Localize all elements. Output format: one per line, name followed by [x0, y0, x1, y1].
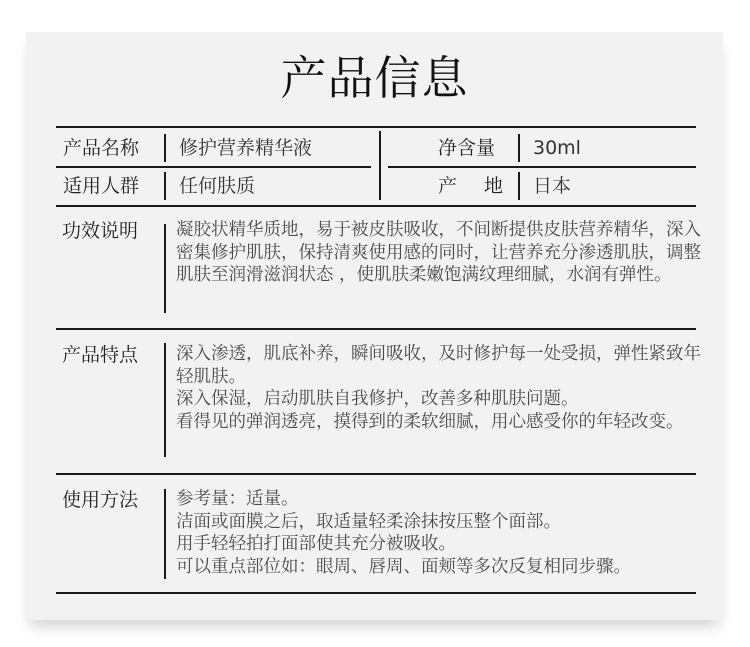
right-cell-divider-2: [518, 172, 520, 200]
spec-label-skin-type: 适用人群: [63, 174, 139, 198]
page-title: 产品信息: [26, 50, 723, 106]
left-cell-divider-1: [164, 134, 166, 162]
section-body-efficacy: 凝胶状精华质地，易于被皮肤吸收，不间断提供皮肤营养精华，深入密集修护肌肤，保持清…: [176, 219, 706, 287]
table-bottom-rule: [56, 205, 696, 207]
features-line-3: 看得见的弹润透亮，摸得到的柔软细腻，用心感受你的年轻改变。: [176, 411, 706, 434]
spec-label-product-name: 产品名称: [63, 136, 139, 160]
section-rule-2: [56, 473, 696, 475]
section-body-features: 深入渗透，肌底补养，瞬间吸收，及时修护每一处受损，弹性紧致年轻肌肤。 深入保湿，…: [176, 343, 706, 433]
table-row-rule-left: [56, 166, 371, 168]
spec-value-origin: 日本: [533, 174, 571, 198]
spec-value-net-content: 30ml: [533, 136, 581, 160]
section-rule-1: [56, 328, 696, 330]
section-divider-efficacy: [164, 224, 166, 313]
section-label-efficacy: 功效说明: [62, 219, 138, 243]
section-body-usage: 参考量：适量。 洁面或面膜之后，取适量轻柔涂抹按压整个面部。 用手轻轻拍打面部使…: [176, 488, 721, 578]
left-cell-divider-2: [164, 172, 166, 200]
spec-label-origin-char-2: 地: [484, 174, 503, 198]
spec-value-product-name: 修护营养精华液: [179, 136, 312, 160]
section-divider-usage: [164, 489, 166, 579]
section-rule-3: [56, 592, 696, 594]
usage-line-4: 可以重点部位如：眼周、唇周、面颊等多次反复相同步骤。: [176, 556, 721, 579]
spec-label-net-content: 净含量: [438, 136, 495, 160]
table-row-rule-right: [388, 166, 696, 168]
spec-label-origin-char-1: 产: [438, 174, 457, 198]
features-line-1: 深入渗透，肌底补养，瞬间吸收，及时修护每一处受损，弹性紧致年轻肌肤。: [176, 343, 706, 388]
section-divider-features: [164, 343, 166, 457]
efficacy-text: 凝胶状精华质地，易于被皮肤吸收，不间断提供皮肤营养精华，深入密集修护肌肤，保持清…: [176, 219, 706, 287]
features-line-2: 深入保湿，启动肌肤自我修护，改善多种肌肤问题。: [176, 388, 706, 411]
section-label-features: 产品特点: [62, 343, 138, 367]
right-cell-divider-1: [518, 134, 520, 162]
table-top-rule: [56, 126, 696, 128]
usage-line-1: 参考量：适量。: [176, 488, 721, 511]
product-info-panel: 产品信息 产品名称 修护营养精华液 适用人群 任何肤质 净含量 30ml 产 地…: [26, 32, 723, 620]
usage-line-2: 洁面或面膜之后，取适量轻柔涂抹按压整个面部。: [176, 511, 721, 534]
usage-line-3: 用手轻轻拍打面部使其充分被吸收。: [176, 533, 721, 556]
spec-value-skin-type: 任何肤质: [179, 174, 255, 198]
section-label-usage: 使用方法: [62, 488, 138, 512]
spec-label-origin: 产 地: [438, 174, 503, 198]
table-center-divider: [379, 131, 381, 200]
